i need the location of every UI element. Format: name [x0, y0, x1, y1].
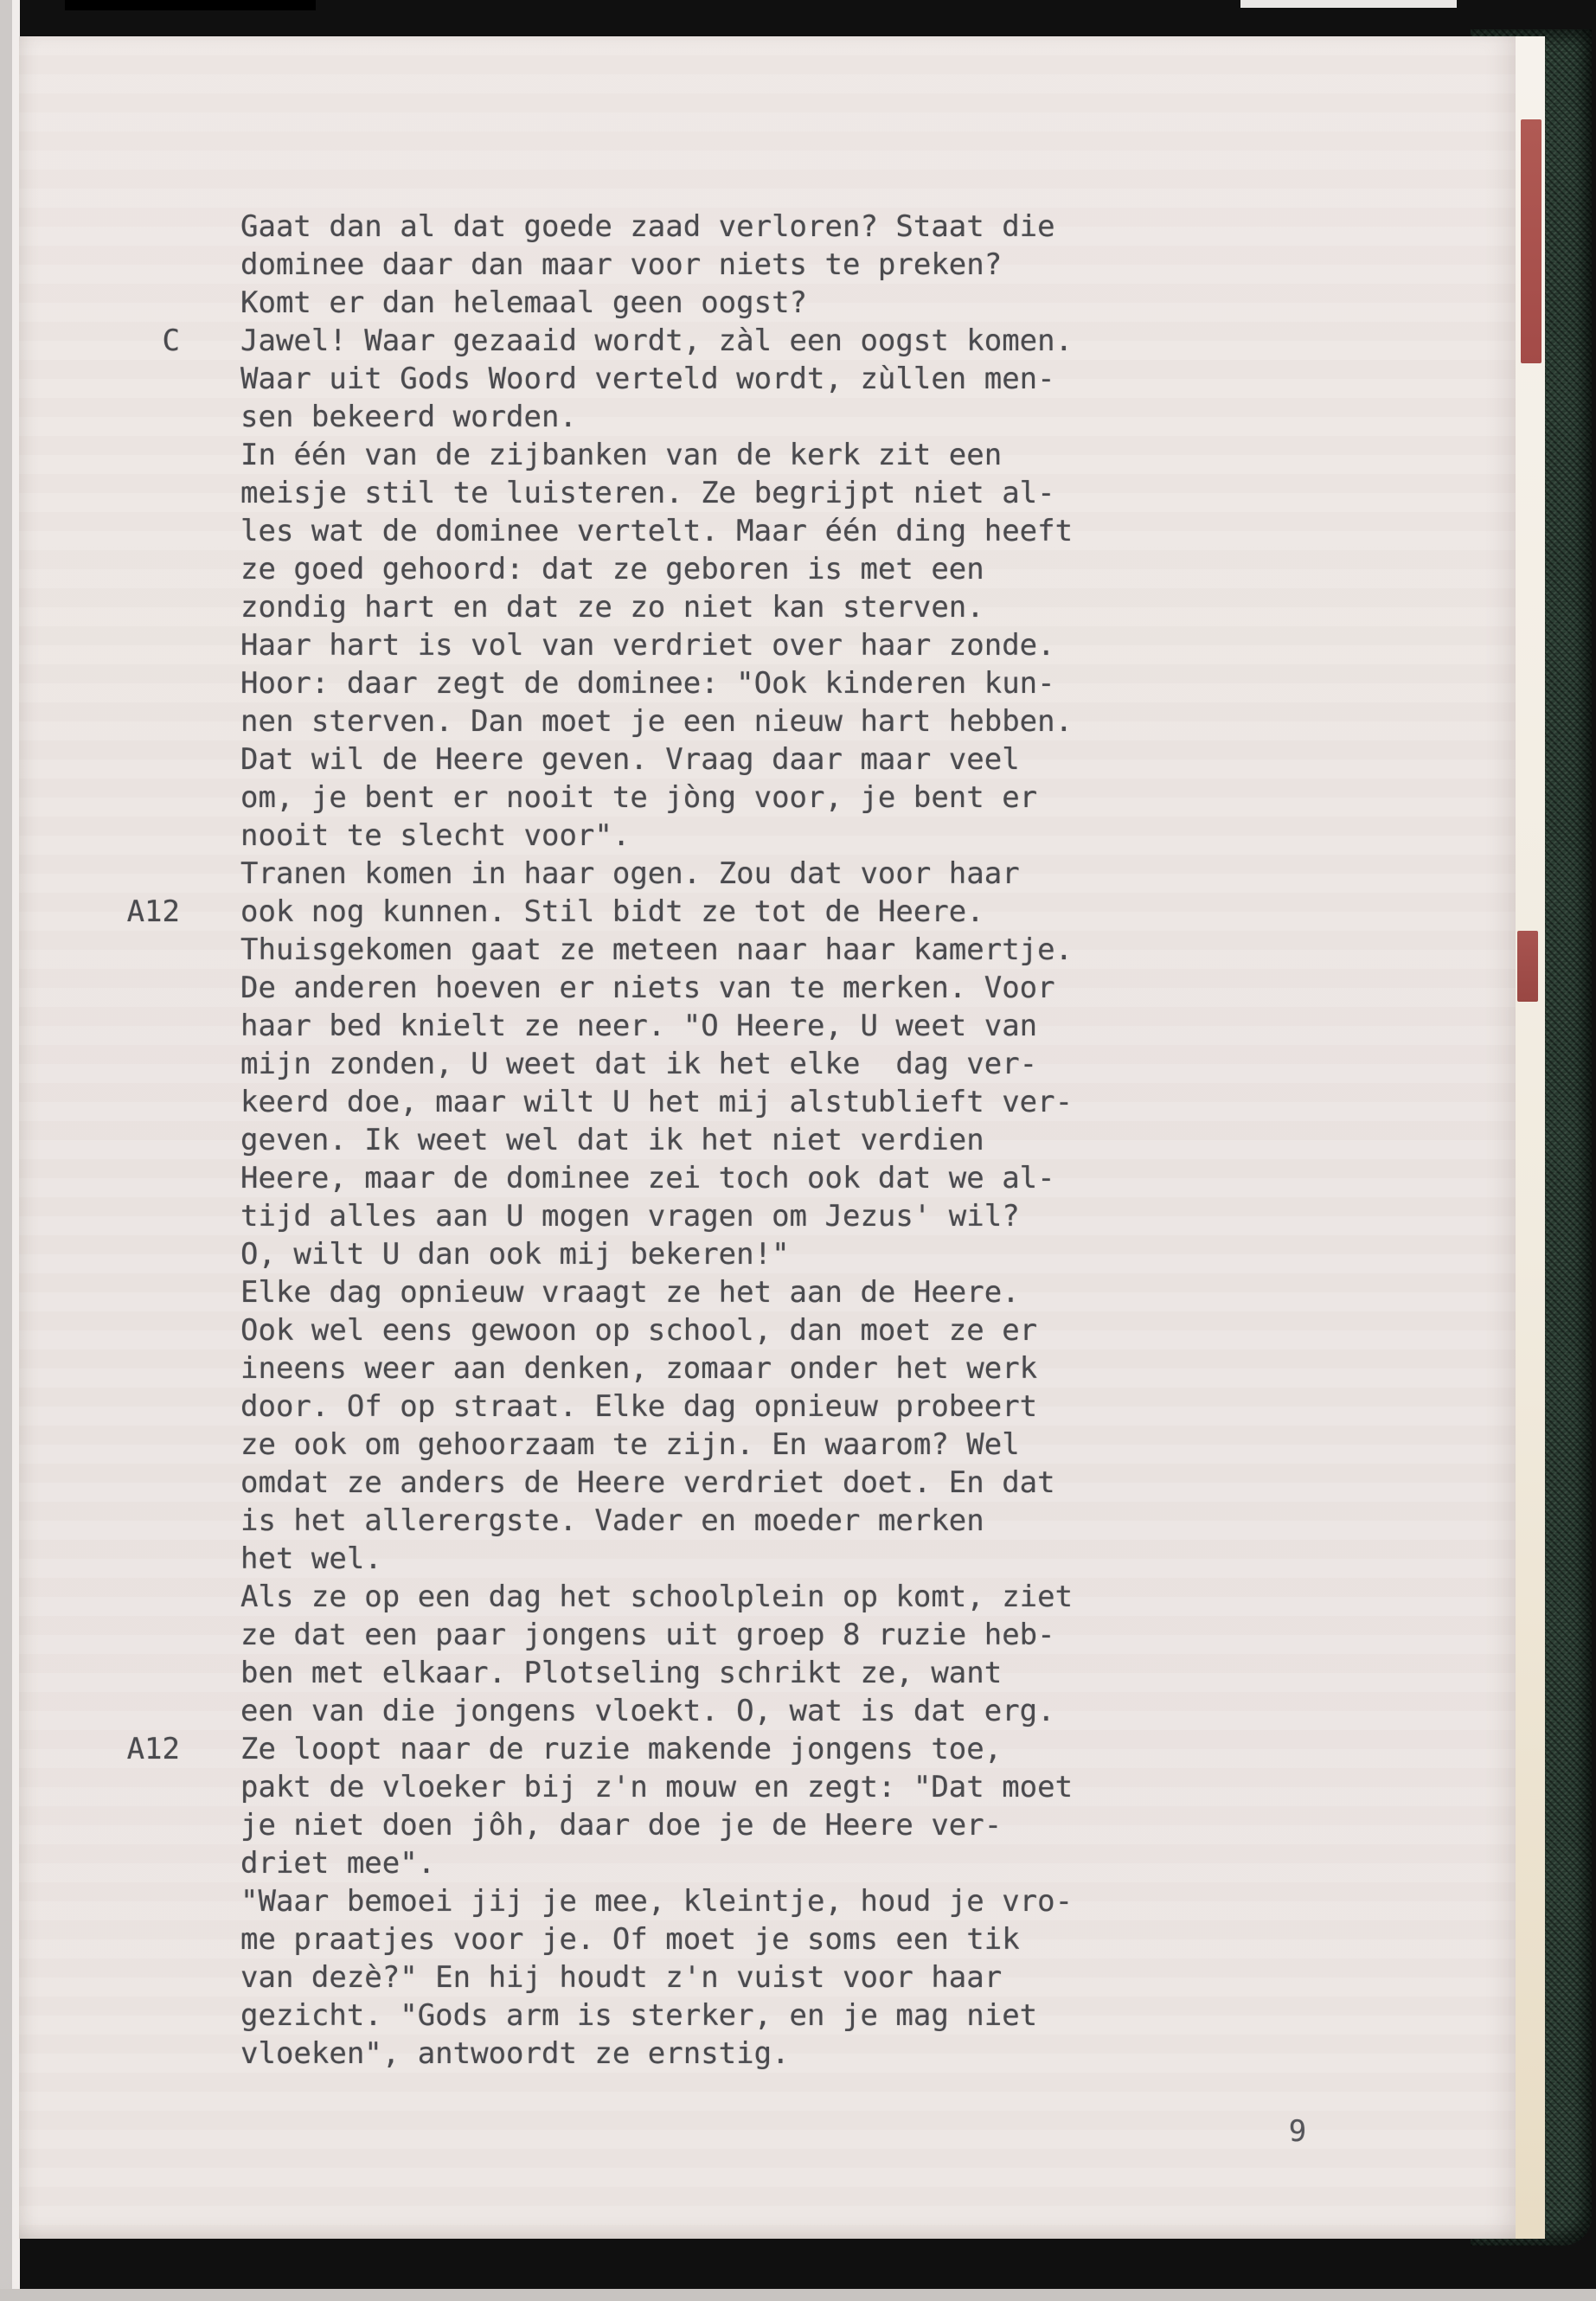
- scanner-frame-highlight: [1240, 0, 1457, 8]
- page-fore-edge: [1516, 36, 1545, 2239]
- red-page-edge-mark-top: [1521, 119, 1542, 363]
- scanner-frame-notch: [65, 0, 316, 10]
- margin-marker: A12: [19, 1730, 180, 1768]
- scan-edge-left: [0, 0, 12, 2301]
- red-page-edge-mark-middle: [1517, 931, 1538, 1002]
- body-text: Gaat dan al dat goede zaad verloren? Sta…: [240, 208, 1073, 2073]
- margin-marker: A12: [19, 893, 180, 931]
- margin-markers: CA12A12: [19, 208, 180, 2111]
- page-paper: CA12A12 Gaat dan al dat goede zaad verlo…: [19, 36, 1516, 2239]
- margin-marker: C: [19, 322, 180, 360]
- scan-edge-bottom: [0, 2289, 1596, 2301]
- page-number: 9: [1272, 2112, 1324, 2150]
- book-scan: CA12A12 Gaat dan al dat goede zaad verlo…: [0, 0, 1596, 2301]
